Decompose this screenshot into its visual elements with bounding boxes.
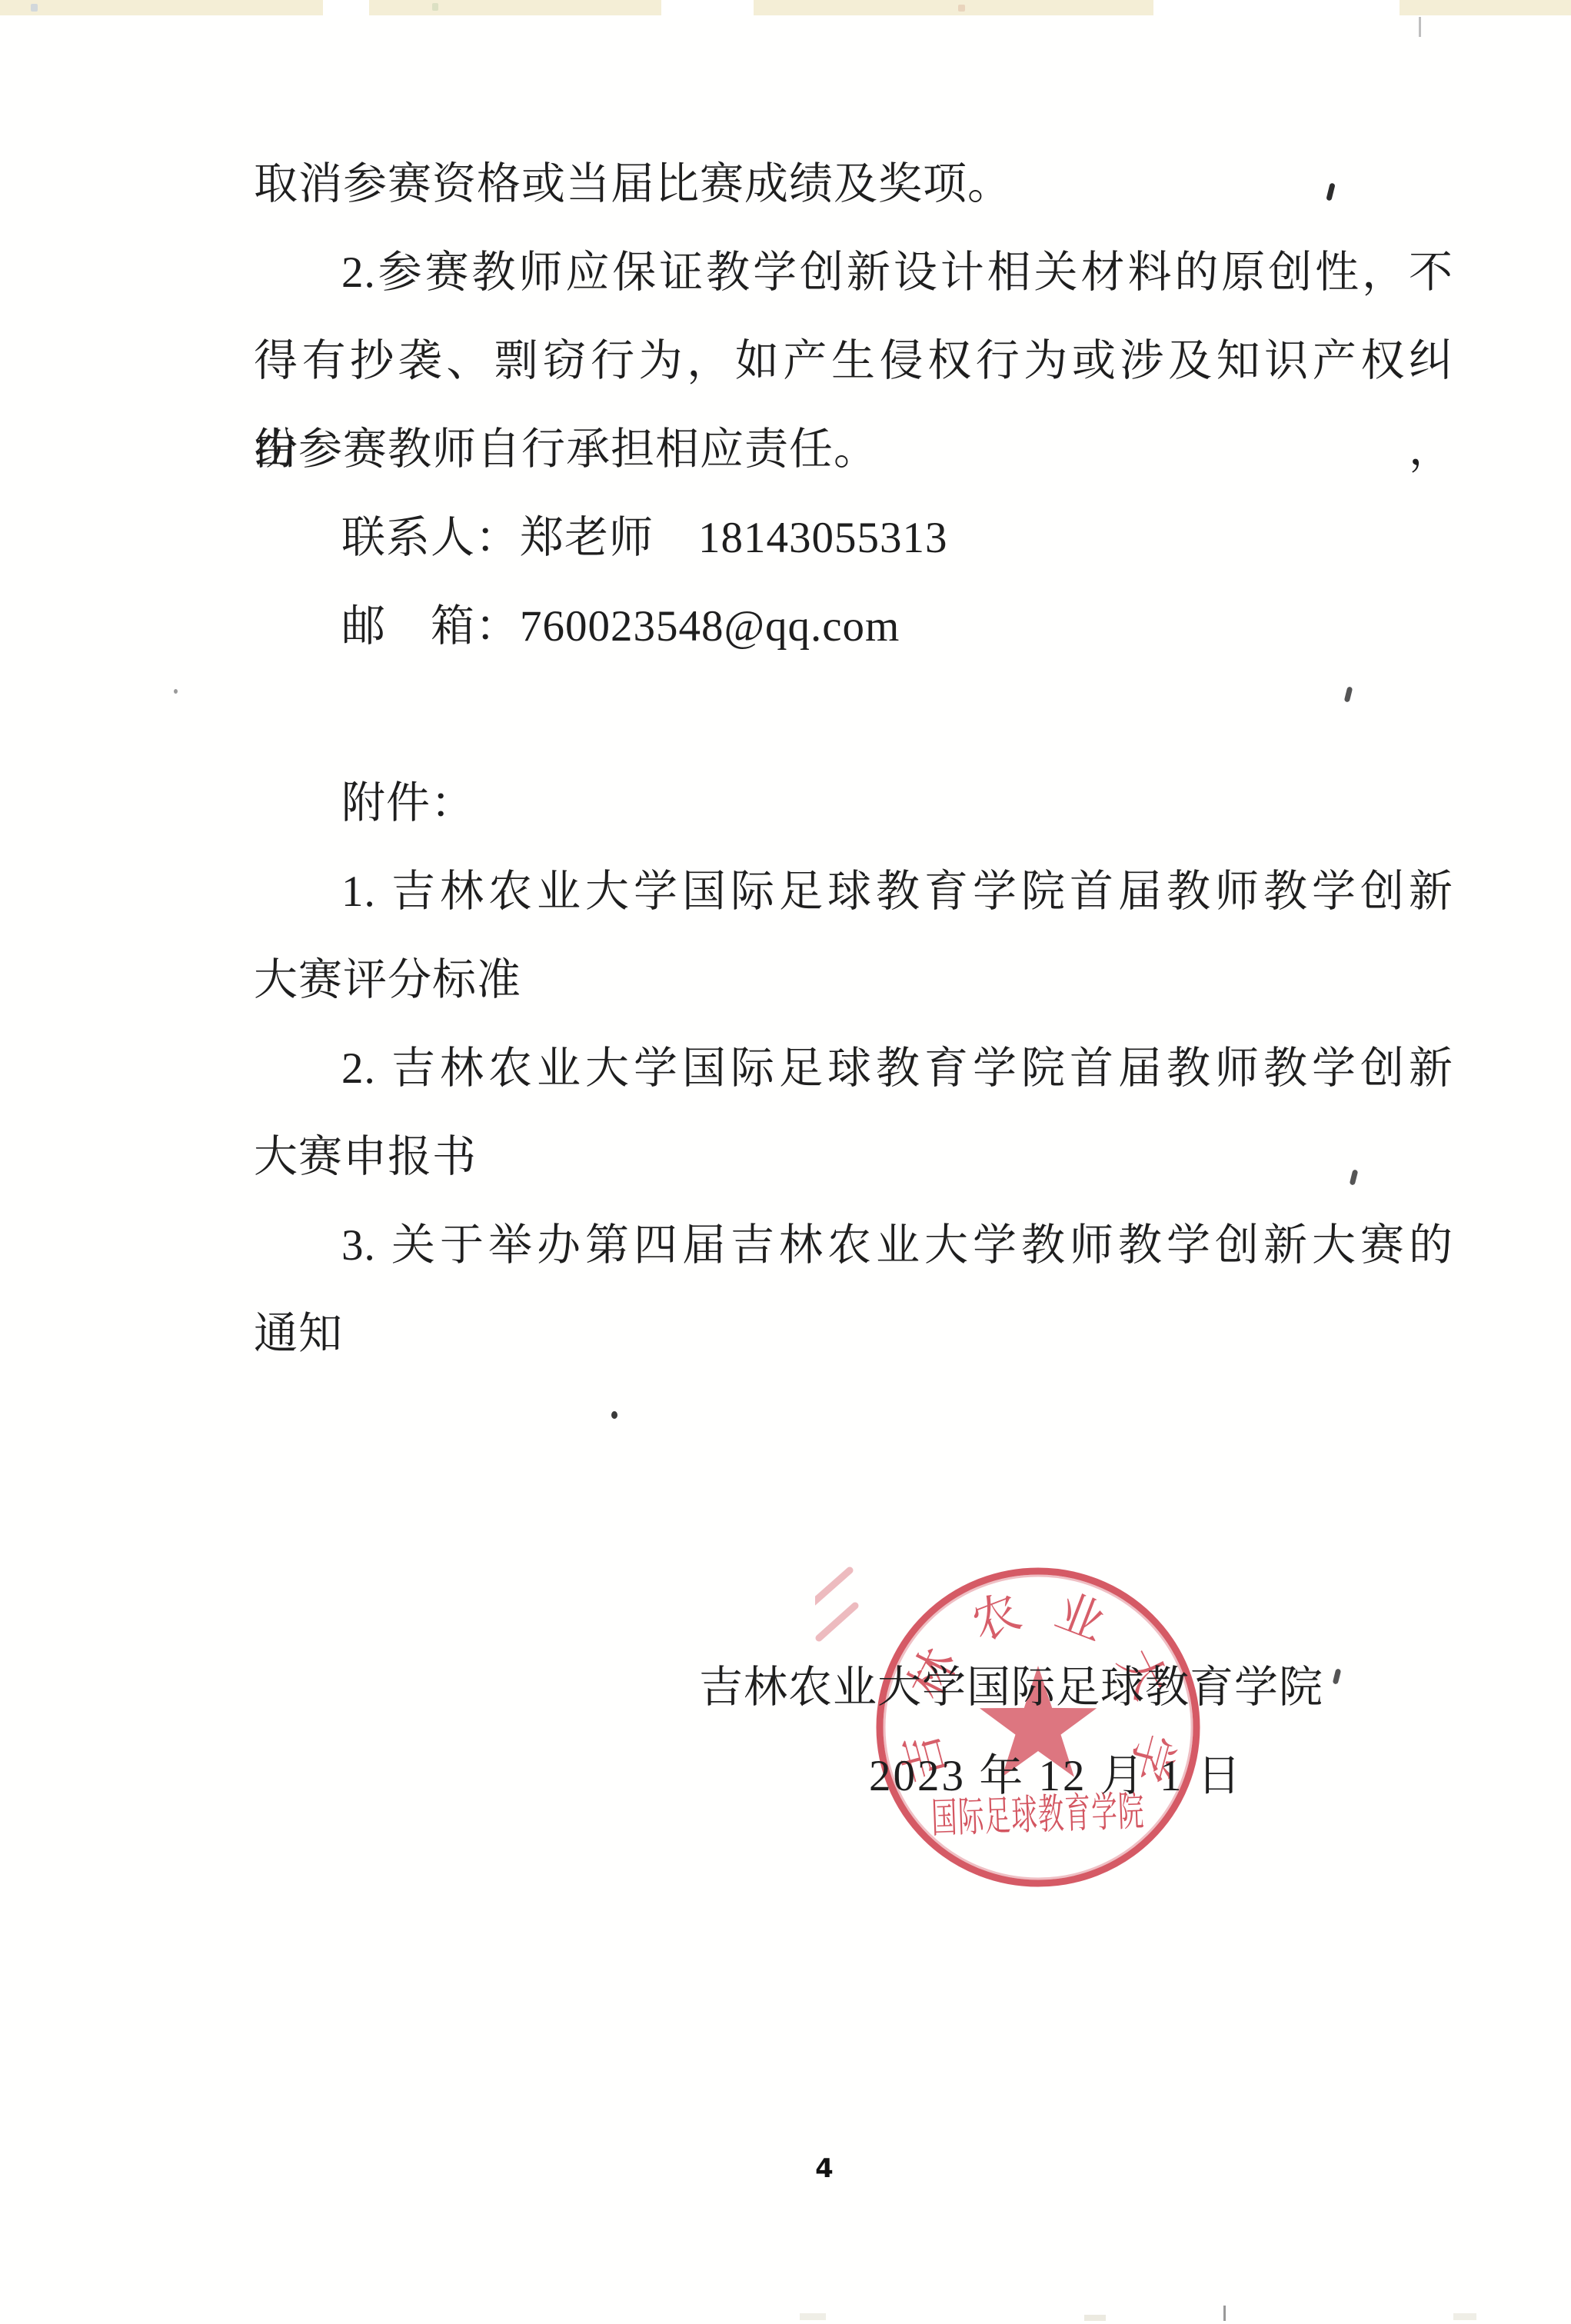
- scan-artifact: [1333, 1668, 1342, 1684]
- stamp-arc-char: 业: [1048, 1585, 1111, 1651]
- page-number: 4: [801, 2153, 847, 2184]
- scan-speck: [958, 5, 965, 12]
- attachment-item-line: 通知: [254, 1290, 1453, 1378]
- attachments-heading: 附件：: [254, 759, 1453, 847]
- body-line: 2.参赛教师应保证教学创新设计相关材料的原创性，不: [254, 228, 1453, 317]
- scan-band-gap: [323, 0, 369, 15]
- attachment-item-line: 大赛评分标准: [254, 936, 1453, 1024]
- scan-band-patch: [754, 0, 1153, 15]
- document-page: 取消参赛资格或当届比赛成绩及奖项。 2.参赛教师应保证教学创新设计相关材料的原创…: [0, 0, 1571, 2324]
- scan-artifact: [611, 1411, 617, 1419]
- stamp-smudge: [815, 1570, 855, 1638]
- attachment-item-line: 2. 吉林农业大学国际足球教育学院首届教师教学创新: [254, 1024, 1453, 1113]
- body-line: 得有抄袭、剽窃行为，如产生侵权行为或涉及知识产权纠纷，: [254, 317, 1453, 405]
- signature-org: 吉林农业大学国际足球教育学院: [699, 1643, 1323, 1732]
- scan-band-patch: [0, 0, 323, 15]
- signature-date: 2023 年 12 月 1 日: [869, 1732, 1243, 1820]
- scan-artifact: [174, 689, 178, 694]
- scan-artifact: [1223, 2306, 1226, 2321]
- scan-artifact: [800, 2313, 826, 2320]
- scan-speck: [432, 3, 438, 11]
- scan-speck: [31, 4, 38, 12]
- scan-band-gap: [661, 0, 754, 15]
- body-text: 取消参赛资格或当届比赛成绩及奖项。 2.参赛教师应保证教学创新设计相关材料的原创…: [254, 140, 1453, 1378]
- stamp-arc-char: 农: [964, 1585, 1027, 1651]
- contact-email-line: 邮 箱：760023548@qq.com: [254, 582, 1453, 671]
- scan-edge-band: [0, 0, 1571, 15]
- scan-artifact: [1453, 2313, 1476, 2320]
- body-line: 取消参赛资格或当届比赛成绩及奖项。: [254, 140, 1453, 228]
- scan-band-patch: [1400, 0, 1571, 15]
- attachment-item-line: 3. 关于举办第四届吉林农业大学教师教学创新大赛的: [254, 1201, 1453, 1290]
- attachment-item-line: 1. 吉林农业大学国际足球教育学院首届教师教学创新: [254, 847, 1453, 936]
- scan-band-gap: [1153, 0, 1400, 15]
- blank-line: [254, 671, 1453, 759]
- scan-band-patch: [369, 0, 661, 15]
- scan-artifact: [1419, 17, 1421, 37]
- contact-person-line: 联系人：郑老师 18143055313: [254, 494, 1453, 582]
- attachment-item-line: 大赛申报书: [254, 1113, 1453, 1201]
- scan-artifact: [1084, 2315, 1106, 2321]
